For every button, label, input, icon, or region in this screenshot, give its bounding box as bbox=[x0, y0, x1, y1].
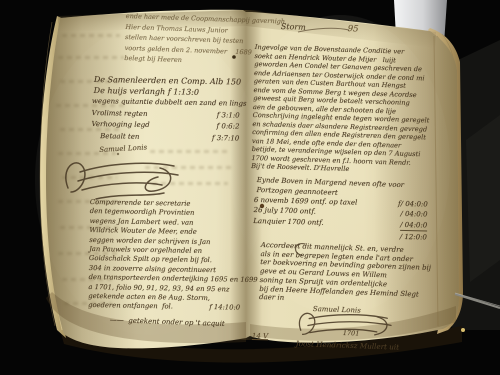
backdrop-sheen bbox=[466, 115, 500, 282]
folio-mark: 14 V bbox=[252, 332, 268, 340]
signature-flourish-left bbox=[56, 152, 191, 204]
entry-text: Betaalt ten bbox=[91, 130, 139, 142]
entry-amount: f/ 04:0:0 bbox=[398, 199, 428, 210]
entry-amount: / 04:0:0 bbox=[400, 220, 427, 231]
entry-amount: / 12:0:0 bbox=[400, 230, 427, 243]
page-corner-speck bbox=[461, 328, 465, 332]
entry-amount: f 3:7:10 bbox=[212, 133, 240, 145]
entry-text: goederen ontfangen fol. bbox=[88, 301, 173, 312]
signature-year: 1701 bbox=[343, 329, 360, 338]
entry-amount: f 0:6:2 bbox=[216, 121, 239, 133]
bleedthrough-line bbox=[62, 34, 120, 37]
left-account-header: De Samenleerden en Comp. Alb 150De huijs… bbox=[94, 74, 242, 99]
left-account-entries: wegens quitantie dubbelt aen zand en lin… bbox=[91, 96, 240, 145]
right-header-word: Storm bbox=[281, 22, 306, 32]
photo-of-open-manuscript-book: ende haer mede de Coopmanschappij gavern… bbox=[0, 0, 500, 375]
entry-amount: f 14:10:0 bbox=[209, 304, 240, 314]
right-accord-block: Accordeert dit mannelijck St. en, verdre… bbox=[259, 241, 432, 308]
page-number: 95 bbox=[347, 24, 358, 35]
entry-text: Verhooging legd bbox=[91, 119, 149, 132]
right-receipt-block: 6 novemb 1699 ontf. op taxelf/ 04:0:026 … bbox=[253, 195, 428, 243]
bleedthrough-line bbox=[58, 56, 124, 59]
entry-text: Lanquier 1700 ontf. bbox=[253, 216, 324, 228]
entry-amount: / 04:0:0 bbox=[400, 209, 427, 220]
right-paragraph-block: Ingevolge van de Bovenstaande Conditie v… bbox=[251, 43, 432, 176]
left-paragraph-block: Comparerende ter secretarieden tegenwoor… bbox=[88, 198, 242, 314]
entry-text: Vrolimst regten bbox=[92, 107, 148, 119]
entry-amount: f 3:1:0 bbox=[217, 110, 240, 122]
